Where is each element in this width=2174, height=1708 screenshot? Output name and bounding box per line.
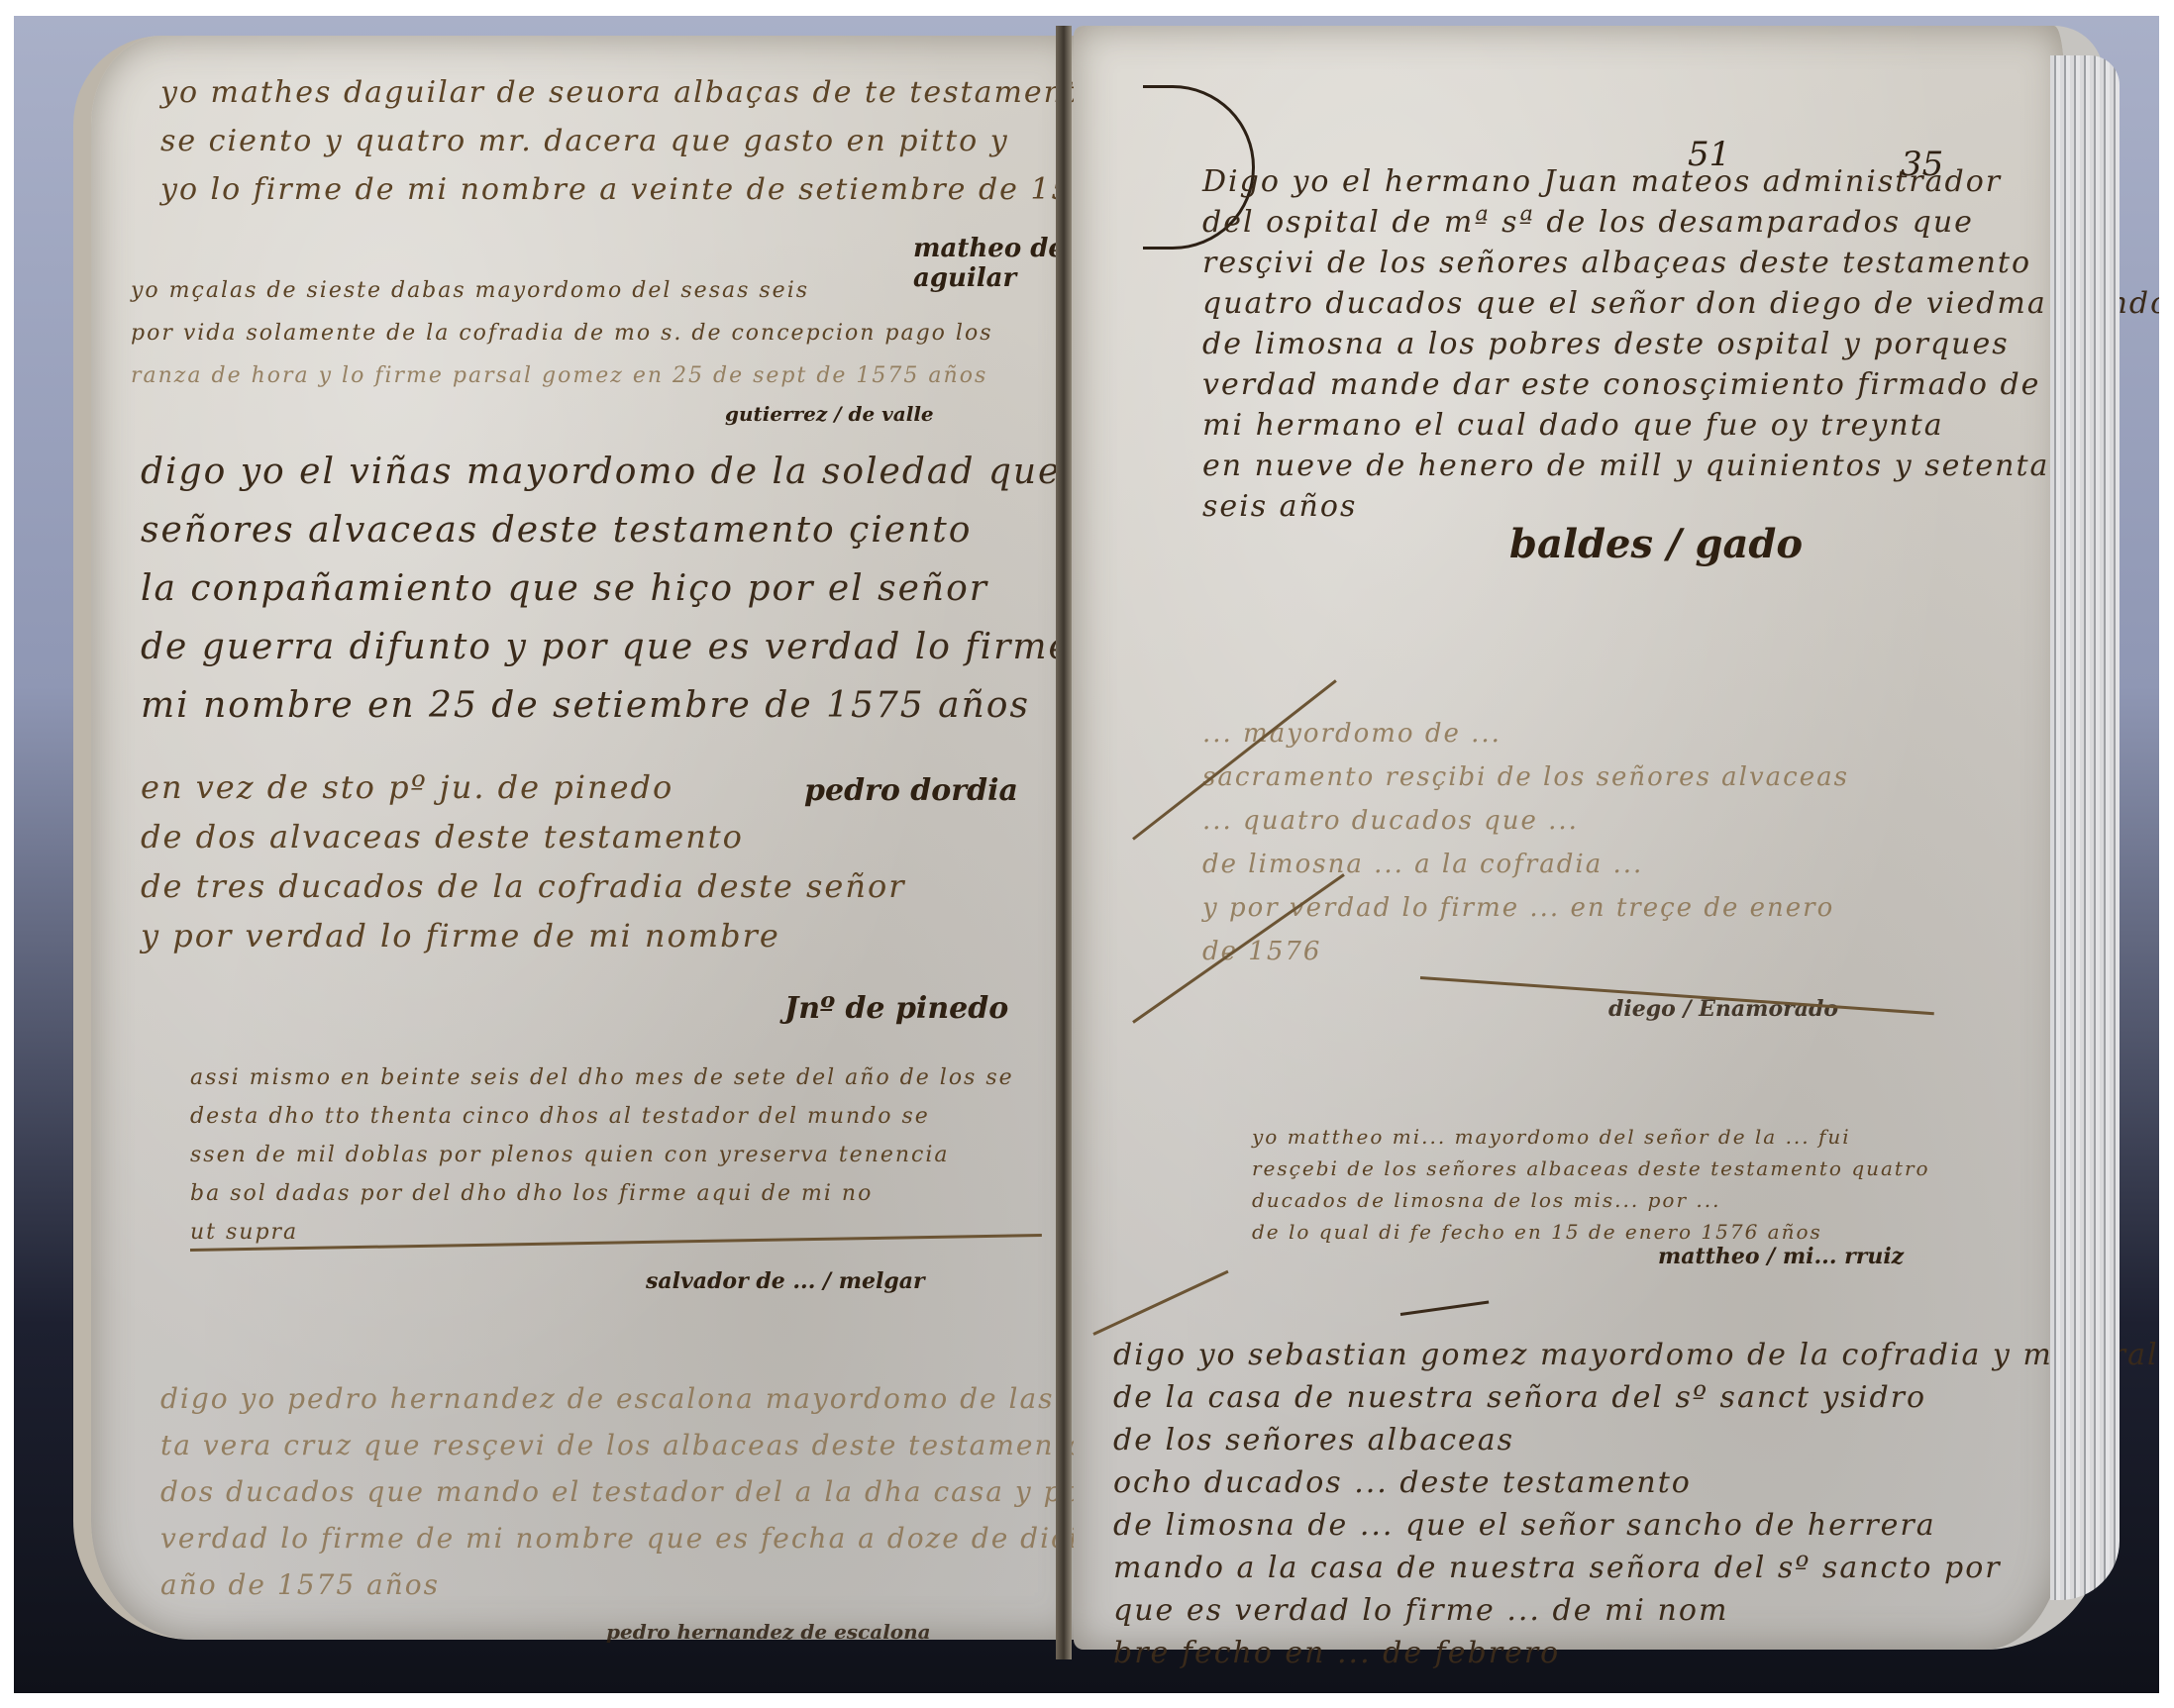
text-line: de la casa de nuestra señora del sº sanc… (1113, 1380, 2159, 1415)
text-line: quatro ducados que el señor don diego de… (1202, 286, 2159, 321)
text-line: en nueve de henero de mill y quinientos … (1202, 449, 2159, 483)
signature: Jnº de pinedo (784, 991, 1008, 1026)
text-line: ssen de mil doblas por plenos quien con … (190, 1143, 1014, 1167)
text-line: verdad lo firme de mi nombre que es fech… (160, 1522, 1180, 1555)
entry-crossed-out: ... mayordomo de ... sacramento resçibi … (1202, 719, 1849, 966)
entry-pinedo: en vez de sto pº ju. de pinedo de dos al… (141, 768, 906, 954)
text-line: mi hermano el cual dado que fue oy treyn… (1202, 408, 2159, 443)
text-line: digo yo pedro hernandez de escalona mayo… (160, 1382, 1180, 1415)
signature: pedro hernandez de escalona (606, 1620, 931, 1644)
text-line: de tres ducados de la cofradia deste señ… (141, 867, 906, 905)
left-page: yo mathes daguilar de seuora albaças de … (73, 36, 1082, 1640)
entry-sebastian-gomez: digo yo sebastian gomez mayordomo de la … (1113, 1338, 2159, 1670)
entry-mayordomo-concepcion: yo mçalas de sieste dabas mayordomo del … (131, 278, 992, 388)
flourish-line (1400, 1300, 1490, 1315)
text-line: desta dho tto thenta cinco dhos al testa… (190, 1104, 1014, 1129)
text-line: assi mismo en beinte seis del dho mes de… (190, 1065, 1014, 1090)
book-gutter (1056, 26, 1072, 1659)
text-line: año de 1575 años (160, 1568, 1180, 1601)
text-line: de limosna ... a la cofradia ... (1202, 850, 1849, 879)
text-line: se ciento y quatro mr. dacera que gasto … (160, 124, 1203, 158)
text-line: resçebi de los señores albaceas deste te… (1252, 1156, 1930, 1180)
signature: mattheo / mi... rruiz (1658, 1244, 1904, 1269)
right-page: 51 35 Digo yo el hermano Juan mateos adm… (1074, 26, 2104, 1650)
text-line: ta vera cruz que resçevi de los albaceas… (160, 1429, 1180, 1461)
entry-matheo-aguilar: yo mathes daguilar de seuora albaças de … (160, 75, 1203, 207)
text-line: sacramento resçibi de los señores alvace… (1202, 762, 1849, 792)
text-line: de limosna de ... que el señor sancho de… (1113, 1508, 2159, 1543)
text-line: ba sol dadas por del dho dho los firme a… (190, 1181, 1014, 1206)
text-line: de limosna a los pobres deste ospital y … (1202, 327, 2159, 361)
text-line: dos ducados que mando el testador del a … (160, 1475, 1180, 1508)
text-line: de 1576 (1202, 937, 1849, 966)
text-line: yo mattheo mi... mayordomo del señor de … (1252, 1125, 1930, 1149)
text-line: ocho ducados ... deste testamento (1113, 1465, 2159, 1500)
text-line: mando a la casa de nuestra señora del sº… (1113, 1551, 2159, 1585)
text-line: y por verdad lo firme de mi nombre (141, 917, 906, 954)
signature: gutierrez / de valle (725, 402, 934, 426)
text-line: de lo qual di fe fecho en 15 de enero 15… (1252, 1220, 1930, 1244)
text-line: verdad mande dar este conosçimiento firm… (1202, 367, 2159, 402)
entry-mattheo: yo mattheo mi... mayordomo del señor de … (1252, 1125, 1930, 1244)
text-line: ... mayordomo de ... (1202, 719, 1849, 749)
text-line: y por verdad lo firme ... en treçe de en… (1202, 893, 1849, 923)
text-line: de dos alvaceas deste testamento (141, 818, 906, 855)
text-line: yo mçalas de sieste dabas mayordomo del … (131, 278, 992, 303)
text-line: yo mathes daguilar de seuora albaças de … (160, 75, 1203, 110)
signature: baldes / gado (1509, 521, 1803, 567)
flourish-line (1092, 1270, 1228, 1336)
text-line: Digo yo el hermano Juan mateos administr… (1202, 164, 2159, 199)
entry-escalona: digo yo pedro hernandez de escalona mayo… (160, 1382, 1180, 1601)
text-line: resçivi de los señores albaçeas deste te… (1202, 246, 2159, 280)
manuscript-photograph: yo mathes daguilar de seuora albaças de … (14, 16, 2159, 1693)
text-line: seis años (1202, 489, 2159, 524)
text-line: bre fecho en ... de febrero (1113, 1636, 2159, 1670)
text-line: por vida solamente de la cofradia de mo … (131, 321, 992, 346)
text-line: de los señores albaceas (1113, 1423, 2159, 1457)
text-line: digo yo sebastian gomez mayordomo de la … (1113, 1338, 2159, 1372)
text-line: del ospital de mª sª de los desamparados… (1202, 205, 2159, 240)
page-fore-edge (2050, 55, 2120, 1600)
entry-assimismo: assi mismo en beinte seis del dho mes de… (190, 1065, 1014, 1245)
text-line: en vez de sto pº ju. de pinedo (141, 768, 906, 806)
text-line: ranza de hora y lo firme parsal gomez en… (131, 363, 992, 388)
signature: salvador de ... / melgar (646, 1268, 925, 1294)
text-line: que es verdad lo firme ... de mi nom (1113, 1593, 2159, 1628)
text-line: ... quatro ducados que ... (1202, 806, 1849, 836)
entry-juan-mateos: Digo yo el hermano Juan mateos administr… (1202, 164, 2159, 524)
text-line: ducados de limosna de los mis... por ... (1252, 1188, 1930, 1212)
text-line: yo lo firme de mi nombre a veinte de set… (160, 172, 1203, 207)
